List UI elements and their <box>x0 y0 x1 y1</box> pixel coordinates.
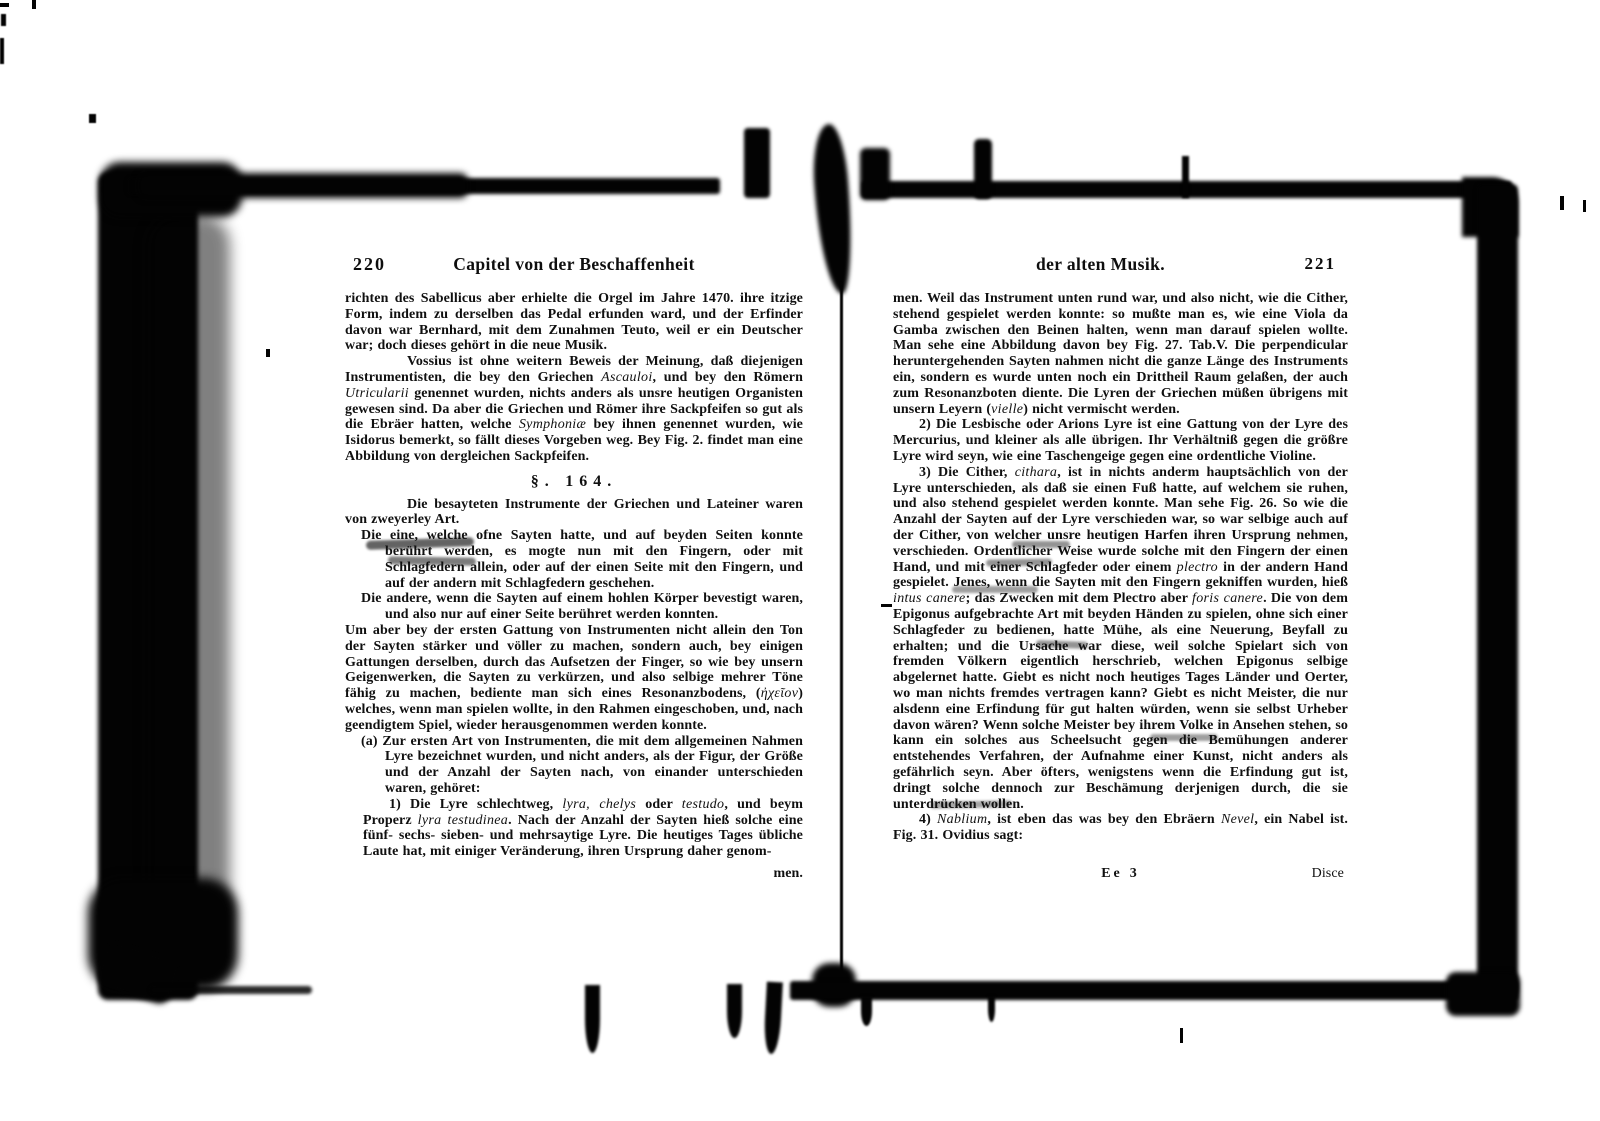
paragraph: 4) Nablium, ist eben das was bey den Ebr… <box>893 812 1348 844</box>
scan-drip1 <box>861 996 872 1026</box>
scan-top-tab-right3 <box>1182 156 1189 198</box>
paragraph: 1) Die Lyre schlechtweg, lyra, chelys od… <box>363 797 803 860</box>
signature-line: Ee 3 Disce <box>893 866 1348 884</box>
running-title-left: Capitel von der Beschaffenheit <box>345 254 803 275</box>
catchword-right: Disce <box>1312 866 1344 882</box>
signature-mark: Ee 3 <box>893 866 1348 882</box>
right-page-body: men. Weil das Instrument unten rund war,… <box>893 291 1348 844</box>
page-number-right: 221 <box>1305 254 1337 274</box>
scan-top-tab-left <box>744 128 770 198</box>
paragraph: men. Weil das Instrument unten rund war,… <box>893 291 1348 417</box>
scan-speck <box>266 349 270 357</box>
scan-bottom-dash <box>150 986 312 994</box>
scan-gutter-blob <box>810 123 856 295</box>
scan-stroke1 <box>727 984 742 1038</box>
catchword-left: men. <box>345 866 831 882</box>
left-running-head: 220 Capitel von der Beschaffenheit <box>345 254 803 280</box>
scan-top-rule-left-thick <box>138 173 468 198</box>
scanned-book-page: { "document": { "left_page": { "page_num… <box>0 0 1600 1121</box>
section-heading: §. 164. <box>345 474 803 490</box>
paragraph: 2) Die Lesbische oder Arions Lyre ist ei… <box>893 417 1348 464</box>
right-page: der alten Musik. 221 men. Weil das Instr… <box>893 254 1348 278</box>
scan-bottom-right-blob <box>1446 972 1520 1016</box>
scan-top-tab-right1 <box>860 148 890 200</box>
paragraph: (a) Zur ersten Art von Instrumenten, die… <box>385 734 803 797</box>
scan-speck <box>89 114 96 123</box>
scan-edge-right-bar <box>1477 184 1518 996</box>
scan-speck <box>1560 196 1564 210</box>
paragraph: richten des Sabellicus aber erhielte die… <box>345 291 803 354</box>
paragraph: Um aber bey der ersten Gattung von Instr… <box>345 623 803 734</box>
scan-speck <box>881 604 892 607</box>
scan-stroke2 <box>763 982 783 1055</box>
scan-speck <box>1583 200 1586 212</box>
book-scan: 220 Capitel von der Beschaffenheit richt… <box>0 0 1600 1121</box>
scan-speck <box>1180 1028 1183 1043</box>
paragraph: 3) Die Cither, cithara, ist in nichts an… <box>893 465 1348 813</box>
paragraph: Die eine, welche ofne Sayten hatte, und … <box>385 528 803 591</box>
scan-top-tab-right2 <box>974 139 992 199</box>
right-running-head: der alten Musik. 221 <box>893 254 1348 280</box>
scan-speck <box>0 3 9 7</box>
paragraph: Die andere, wenn die Sayten auf einem ho… <box>385 591 803 623</box>
paragraph: Vossius ist ohne weitern Beweis der Mein… <box>345 354 803 465</box>
scan-speck <box>32 0 36 9</box>
scan-stroke3 <box>585 985 600 1053</box>
scan-edge-left-fuzz <box>148 215 230 970</box>
running-title-right: der alten Musik. <box>853 254 1348 275</box>
scan-speck <box>1 14 6 26</box>
scan-drip2 <box>988 996 995 1022</box>
scan-gutter-line <box>840 282 843 988</box>
scan-bottom-rule-right-page <box>790 981 1518 1000</box>
scan-speck <box>0 38 4 64</box>
paragraph: Die besayteten Instrumente der Griechen … <box>345 497 803 529</box>
left-page-body: richten des Sabellicus aber erhielte die… <box>345 291 803 860</box>
